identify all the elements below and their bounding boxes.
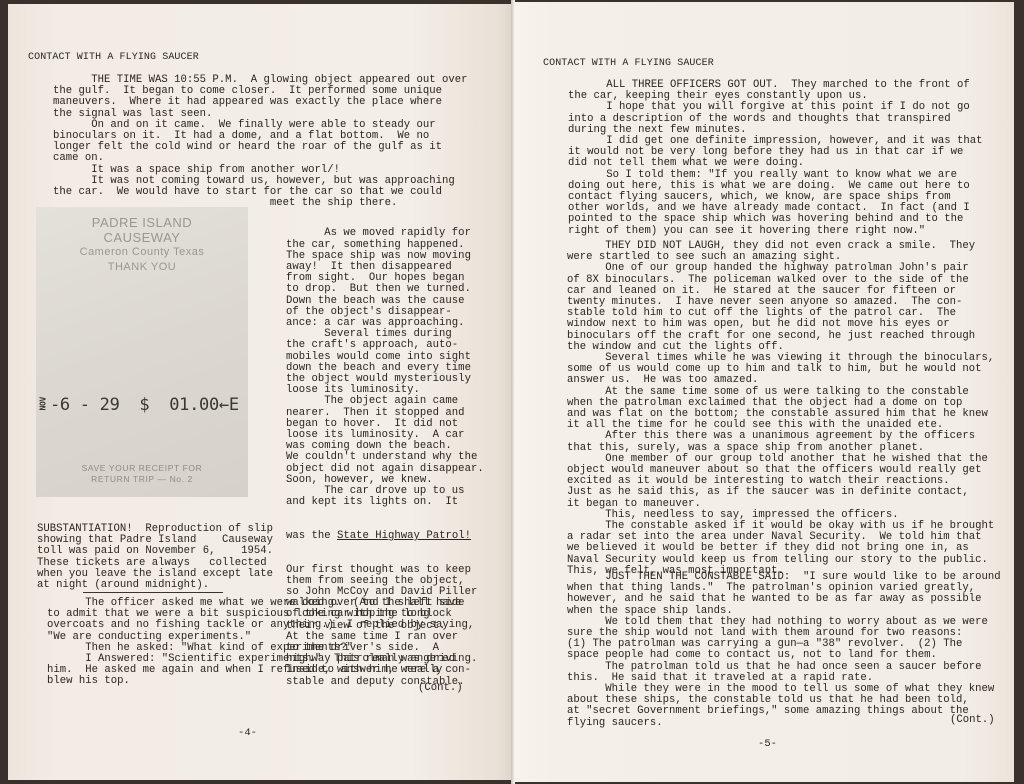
text-line: we believed it would be better if they d… xyxy=(567,543,994,554)
text-line: flying saucers. xyxy=(567,718,1001,729)
receipt-footer: SAVE YOUR RECEIPT FOR RETURN TRIP — No. … xyxy=(36,463,248,485)
text-line: pointed to the space ship which was hove… xyxy=(568,214,983,225)
receipt-caption: SUBSTANTIATION! Reproduction of slipshow… xyxy=(37,524,273,591)
left-cont-label: (Cont.) xyxy=(418,683,463,694)
text-line: I hope that you will forgive at this poi… xyxy=(568,102,983,113)
text-line: right of them) you can see it hovering t… xyxy=(568,226,983,237)
right-cont-label: (Cont.) xyxy=(950,715,995,726)
text-line: Just as he said this, as if the saucer w… xyxy=(567,487,994,498)
text-line: One of our group handed the highway patr… xyxy=(567,263,994,274)
text-line: longer felt the cold wind or heard the r… xyxy=(53,142,468,153)
text-line: After this there was a unanimous agreeme… xyxy=(567,431,994,442)
caption-divider xyxy=(83,592,223,593)
left-page-number: -4- xyxy=(238,728,257,739)
text-line: overcoats and no fishing tackle or anyth… xyxy=(47,620,474,631)
text-line: We couldn't understand why the xyxy=(286,452,484,463)
state-highway-patrol-text: State Highway Patrol! xyxy=(337,530,471,542)
text-line: toll was paid on November 6, 1954. xyxy=(37,546,273,557)
receipt-stamp: NOV-6 - 29 $ 01.00←E xyxy=(38,395,242,415)
text-line: to drop. But then we turned. xyxy=(286,284,484,295)
text-line: and kept its lights on. It xyxy=(286,497,484,508)
right-page-number: -5- xyxy=(758,739,777,750)
text-line: however, and he said that he wanted to b… xyxy=(567,594,1001,605)
left-closing-text: The officer asked me what we were doing.… xyxy=(47,598,474,688)
receipt-header: PADRE ISLAND CAUSEWAY Cameron County Tex… xyxy=(36,216,248,274)
right-page-heading: CONTACT WITH A FLYING SAUCER xyxy=(543,58,714,69)
right-block-officers: ALL THREE OFFICERS GOT OUT. They marched… xyxy=(568,80,983,237)
text-line: at "secret Government briefings," some a… xyxy=(567,706,1001,717)
text-line: space people had come to contact us, not… xyxy=(567,650,1001,661)
text-line: came on. xyxy=(53,153,468,164)
text-line: the craft's approach, auto- xyxy=(286,340,484,351)
left-page-heading: CONTACT WITH A FLYING SAUCER xyxy=(28,52,199,63)
text-line: answer us. He was too amazed. xyxy=(567,375,994,386)
book-gutter xyxy=(511,0,515,784)
toll-receipt-image: PADRE ISLAND CAUSEWAY Cameron County Tex… xyxy=(36,207,248,497)
text-line: maneuvers. Where it had appeared was exa… xyxy=(53,97,468,108)
text-line: window next to him was open, but he did … xyxy=(567,319,994,330)
left-intro-text: THE TIME WAS 10:55 P.M. A glowing object… xyxy=(53,75,468,209)
right-block-laugh: THEY DID NOT LAUGH, they did not even cr… xyxy=(567,241,994,577)
text-line: As we moved rapidly for xyxy=(286,228,484,239)
text-line: at night (around midnight). xyxy=(37,580,273,591)
right-block-constable: JUST THEN THE CONSTABLE SAID: "I sure wo… xyxy=(567,572,1001,729)
text-line: blew his top. xyxy=(47,676,474,687)
text-line: did not tell them what we were doing. xyxy=(568,158,983,169)
text-line: The object again came xyxy=(286,396,484,407)
